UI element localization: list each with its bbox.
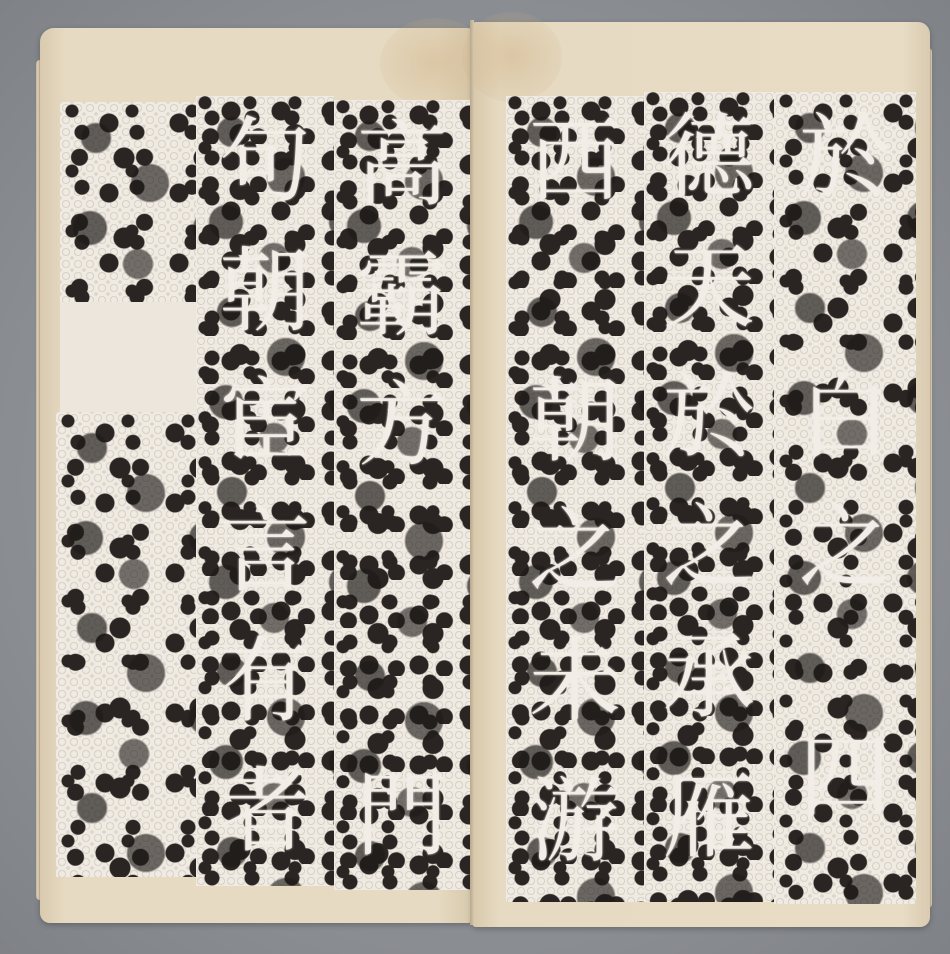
rubbing-column-right-2: 德 天 於 之 承 雁: [644, 92, 774, 902]
book-gutter: [470, 20, 474, 925]
rubbing-strip: [56, 412, 196, 877]
rubbing-column-left-3: 高 霸 方 門: [334, 100, 470, 890]
rubbing-column-left-2: 句 朝 宦 言 有 者: [196, 96, 334, 886]
water-stain: [462, 12, 562, 102]
rubbing-strip: [60, 102, 198, 302]
rubbing-column-right-3: 於 白 之 四: [774, 92, 916, 904]
rubbing-column-right-1: 西 朝 之 未 游: [506, 96, 644, 902]
blank-patch: [60, 302, 198, 412]
